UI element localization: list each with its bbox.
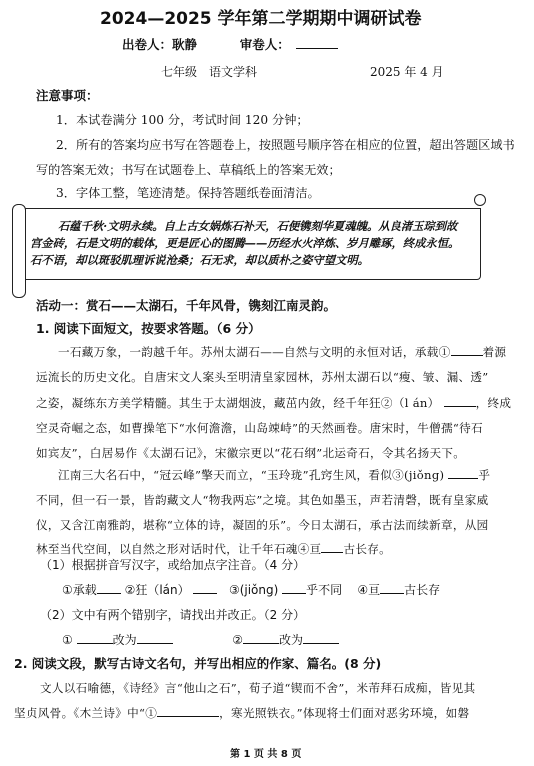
sub-question-2: （2）文中有两个错别字，请找出并改正。（2 分） xyxy=(40,606,305,623)
answer-blank[interactable] xyxy=(380,582,404,594)
answer-blank[interactable] xyxy=(451,344,483,356)
passage-line: 之姿，凝练东方美学精髓。其生于太湖烟波，藏茁内敛，经千年狂②（l án） ，终成 xyxy=(36,395,511,411)
passage-line: 文人以石喻德，《诗经》言“他山之石”，荀子道“锲而不舍”，米芾拜石成痴，皆见其 xyxy=(40,680,475,696)
passage-line: 如宾友”，白居易作《太湖石记》，宋徽宗更以“花石纲”北运奇石，令其名扬天下。 xyxy=(36,445,465,461)
scroll-roll-icon xyxy=(12,204,26,298)
passage-line: 空灵奇崛之态，如曹操笔下“水何澹澹，山岛竦峙”的天然画卷。唐宋时，牛僧孺“待石 xyxy=(36,420,483,436)
notice-item-2-cont: 写的答案无效；书写在试题卷上、草稿纸上的答案无效； xyxy=(36,161,341,178)
answer-blank[interactable] xyxy=(448,467,478,479)
question-1-heading: 1. 阅读下面短文，按要求答题。（6 分） xyxy=(36,319,261,337)
scroll-line: 石不语，却以斑驳肌理诉说沧桑；石无求，却以质朴之姿守望文明。 xyxy=(30,252,475,269)
exam-date: 2025 年 4 月 xyxy=(370,63,444,80)
scroll-line: 宫金砖，石是文明的载体，更是匠心的图腾——历经水火淬炼、岁月雕琢，终成永恒。 xyxy=(30,235,475,252)
answer-blank[interactable] xyxy=(321,541,343,553)
grade-subject: 七年级 语文学科 xyxy=(161,63,257,80)
scroll-banner: 石蕴千秋·文明永续。自上古女娲炼石补天，石便镌刻华夏魂魄。从良渚玉琮到故 宫金砖… xyxy=(12,200,482,282)
passage-line: 远流长的历史文化。自唐宋文人案头至明清皇家园林，苏州太湖石以“瘦、皱、漏、透” xyxy=(36,369,489,385)
answer-blank[interactable] xyxy=(137,632,173,644)
activity-heading: 活动一：赏石——太湖石，千年风骨，镌刻江南灵韵。 xyxy=(36,296,336,314)
notice-item-3: 3．字体工整，笔迹清楚。保持答题纸卷面清洁。 xyxy=(56,184,320,201)
reviewer-label: 审卷人： xyxy=(240,37,290,52)
passage-line: 不同，但一石一景，皆韵藏文人“物我两忘”之境。其色如墨玉，声若清磬，既有皇家威 xyxy=(36,492,489,508)
passage-line: 坚贞风骨。《木兰诗》中“①，寒光照铁衣。”体现将士们面对恶劣环境，如磐 xyxy=(14,705,469,721)
reviewer-blank xyxy=(296,37,338,49)
answer-blank[interactable] xyxy=(77,632,113,644)
scroll-curl-icon xyxy=(474,194,486,206)
notice-item-2: 2．所有的答案均应书写在答题卷上，按照题号顺序答在相应的位置，超出答题区域书 xyxy=(56,136,515,153)
notice-heading: 注意事项： xyxy=(36,86,99,104)
answer-blank[interactable] xyxy=(157,705,219,717)
sub-question-1-answers: ①承载 ②狂（lán） ③(jiǒng) 乎不同 ④亘古长存 xyxy=(62,581,440,598)
passage-line: 江南三大名石中，“冠云峰”擎天而立，“玉玲珑”孔窍生风，看似③(jiǒng) 乎 xyxy=(58,467,490,483)
answer-blank[interactable] xyxy=(243,632,279,644)
sub-question-2-answers: ① 改为 ②改为 xyxy=(62,631,339,648)
exam-title: 2024—2025 学年第二学期期中调研试卷 xyxy=(100,4,422,29)
sub-question-1: （1）根据拼音写汉字，或给加点字注音。（4 分） xyxy=(40,556,305,573)
answer-blank[interactable] xyxy=(193,582,217,594)
author-line: 出卷人：耿静 审卷人： xyxy=(122,35,338,53)
scroll-text: 石蕴千秋·文明永续。自上古女娲炼石补天，石便镌刻华夏魂魄。从良渚玉琮到故 宫金砖… xyxy=(30,218,475,269)
answer-blank[interactable] xyxy=(282,582,306,594)
answer-blank[interactable] xyxy=(303,632,339,644)
author-label: 出卷人：耿静 xyxy=(122,37,197,52)
question-2-heading: 2. 阅读文段，默写古诗文名句，并写出相应的作家、篇名。(8 分) xyxy=(14,654,381,672)
notice-item-1: 1．本试卷满分 100 分，考试时间 120 分钟； xyxy=(56,111,309,128)
passage-line: 仪，又含江南雅韵，堪称“立体的诗，凝固的乐”。今日太湖石，承古法而续新章，从园 xyxy=(36,517,489,533)
answer-blank[interactable] xyxy=(444,395,476,407)
answer-blank[interactable] xyxy=(97,582,121,594)
scroll-line: 石蕴千秋·文明永续。自上古女娲炼石补天，石便镌刻华夏魂魄。从良渚玉琮到故 xyxy=(30,218,475,235)
passage-line: 林至当代空间，以自然之形对话时代，让千年石魂④亘古长存。 xyxy=(36,541,391,557)
page-footer: 第 1 页 共 8 页 xyxy=(230,745,301,760)
passage-line: 一石藏万象，一韵越千年。苏州太湖石——自然与文明的永恒对话，承载①着源 xyxy=(58,344,506,360)
